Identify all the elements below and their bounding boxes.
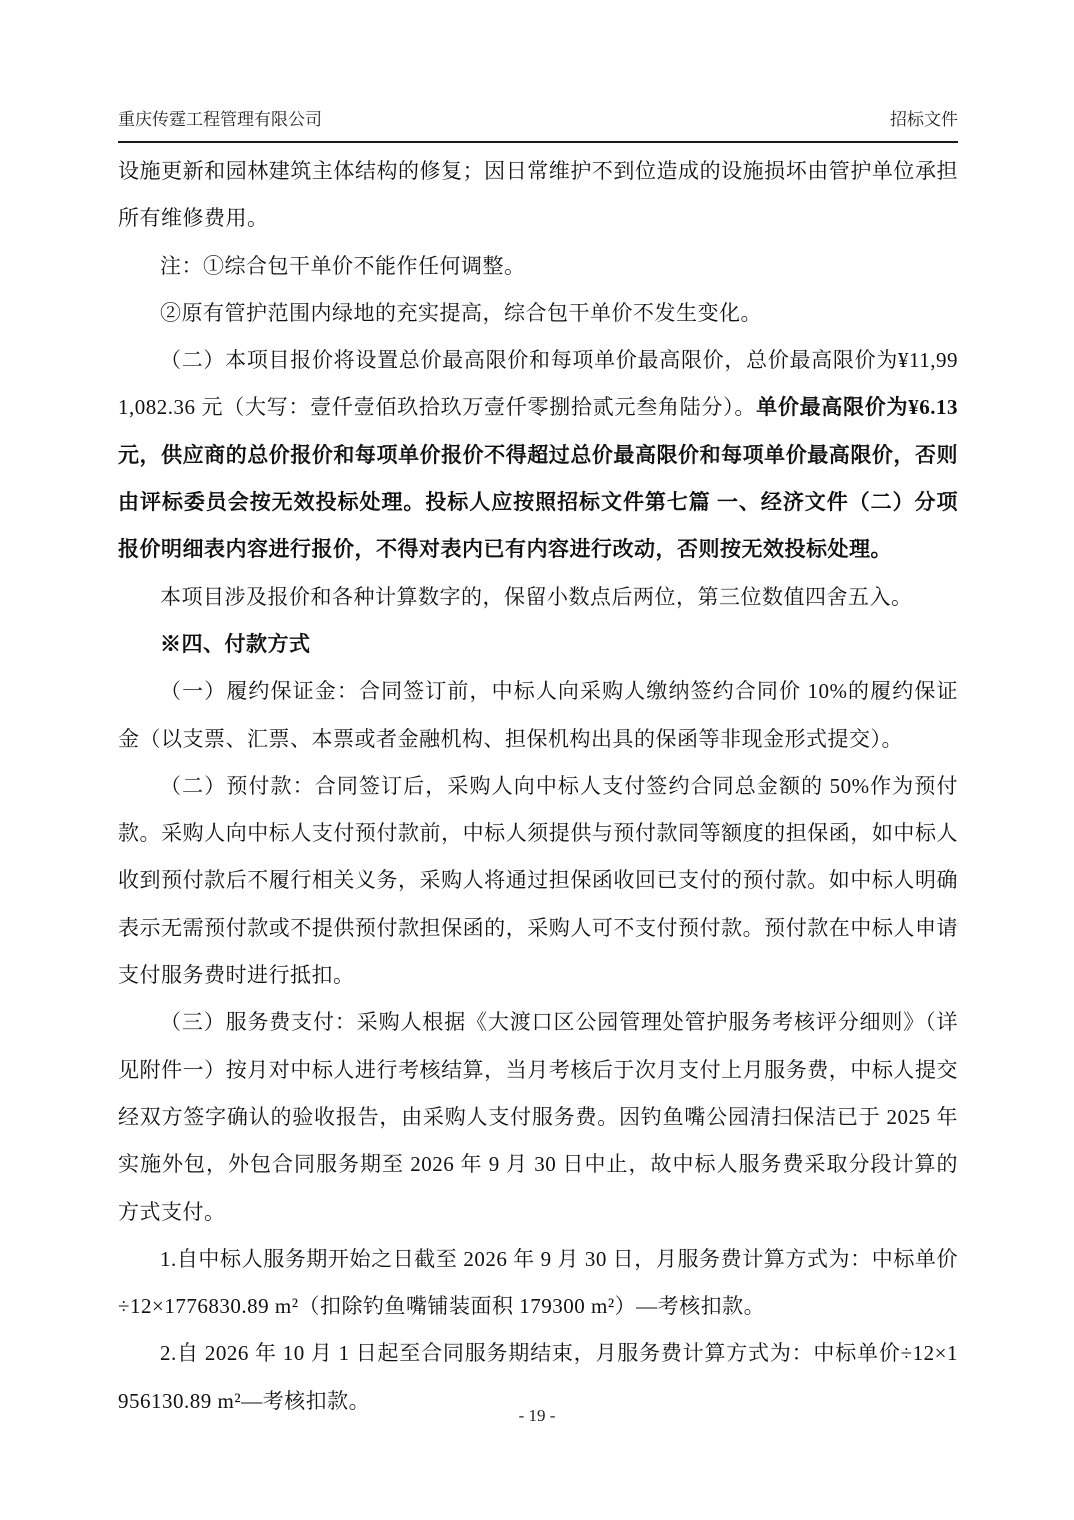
document-body: 设施更新和园林建筑主体结构的修复；因日常维护不到位造成的设施损坏由管护单位承担所… (118, 148, 958, 1425)
header-doc-type: 招标文件 (890, 110, 958, 130)
paragraph-service-fee-payment: （三）服务费支付：采购人根据《大渡口区公园管理处管护服务考核评分细则》（详见附件… (118, 999, 958, 1235)
paragraph-price-limit: （二）本项目报价将设置总价最高限价和每项单价最高限价，总价最高限价为¥11,99… (118, 337, 958, 573)
paragraph-rounding-rule: 本项目涉及报价和各种计算数字的，保留小数点后两位，第三位数值四舍五入。 (118, 574, 958, 621)
paragraph-repair-continuation: 设施更新和园林建筑主体结构的修复；因日常维护不到位造成的设施损坏由管护单位承担所… (118, 148, 958, 243)
paragraph-advance-payment: （二）预付款：合同签订后，采购人向中标人支付签约合同总金额的 50%作为预付款。… (118, 763, 958, 999)
paragraph-text-bold: 单价最高限价为¥6.13 元，供应商的总价报价和每项单价报价不得超过总价最高限价… (118, 395, 958, 561)
paragraph-text: 设施更新和园林建筑主体结构的修复；因日常维护不到位造成的设施损坏由管护单位承担所… (118, 159, 958, 230)
header-rule (118, 141, 958, 143)
heading-text: ※四、付款方式 (160, 632, 311, 656)
paragraph-text: （一）履约保证金：合同签订前，中标人向采购人缴纳签约合同价 10%的履约保证金（… (118, 679, 958, 750)
paragraph-text: （二）预付款：合同签订后，采购人向中标人支付签约合同总金额的 50%作为预付款。… (118, 774, 958, 987)
section-heading-payment-method: ※四、付款方式 (118, 621, 958, 668)
document-page: 重庆传霆工程管理有限公司 招标文件 设施更新和园林建筑主体结构的修复；因日常维护… (0, 0, 1074, 1520)
paragraph-text: 2.自 2026 年 10 月 1 日起至合同服务期结束，月服务费计算方式为：中… (118, 1341, 958, 1412)
paragraph-text: （三）服务费支付：采购人根据《大渡口区公园管理处管护服务考核评分细则》（详见附件… (118, 1010, 958, 1223)
paragraph-text: 注：①综合包干单价不能作任何调整。 (160, 254, 526, 278)
paragraph-text: ②原有管护范围内绿地的充实提高，综合包干单价不发生变化。 (160, 301, 762, 325)
header-company-name: 重庆传霆工程管理有限公司 (118, 110, 322, 130)
paragraph-text: 本项目涉及报价和各种计算数字的，保留小数点后两位，第三位数值四舍五入。 (160, 585, 913, 609)
paragraph-fee-formula-1: 1.自中标人服务期开始之日截至 2026 年 9 月 30 日，月服务费计算方式… (118, 1236, 958, 1331)
paragraph-text: 1.自中标人服务期开始之日截至 2026 年 9 月 30 日，月服务费计算方式… (118, 1247, 958, 1318)
page-header: 重庆传霆工程管理有限公司 招标文件 (118, 110, 958, 130)
page-number: - 19 - (519, 1406, 556, 1425)
paragraph-note-1: 注：①综合包干单价不能作任何调整。 (118, 243, 958, 290)
paragraph-performance-bond: （一）履约保证金：合同签订前，中标人向采购人缴纳签约合同价 10%的履约保证金（… (118, 668, 958, 763)
page-footer: - 19 - (0, 1405, 1074, 1427)
paragraph-note-2: ②原有管护范围内绿地的充实提高，综合包干单价不发生变化。 (118, 290, 958, 337)
